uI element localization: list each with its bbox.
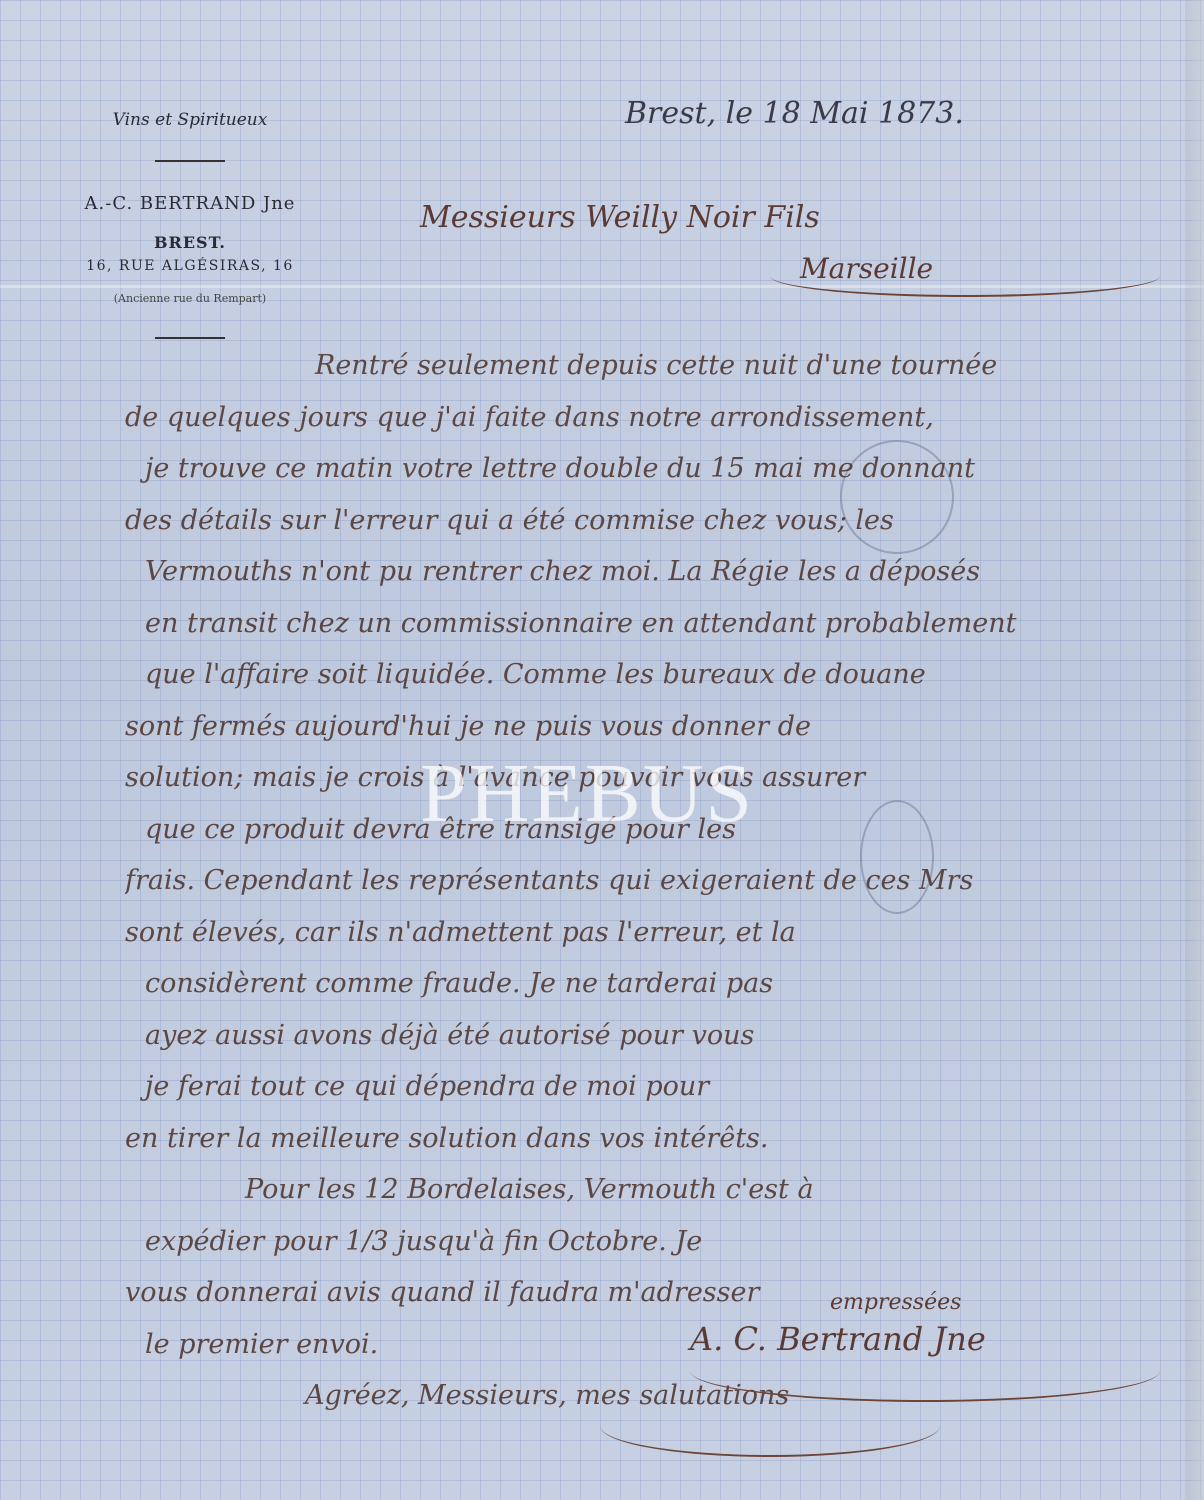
body-line: considèrent comme fraude. Je ne tarderai… [125,968,1185,1020]
paper-edge [1185,0,1204,1500]
body-line: Rentré seulement depuis cette nuit d'une… [125,350,1185,402]
signature-flourish [690,1340,1160,1402]
body-line: frais. Cependant les représentants qui e… [125,865,1185,917]
body-line: des détails sur l'erreur qui a été commi… [125,505,1185,557]
body-line: Vermouths n'ont pu rentrer chez moi. La … [125,556,1185,608]
letter-body: Rentré seulement depuis cette nuit d'une… [125,350,1185,1432]
body-line: sont élevés, car ils n'admettent pas l'e… [125,917,1185,969]
ornament-divider [40,337,340,339]
letterhead-firm-name: A.-C. BERTRAND Jne [40,193,340,214]
letterhead-tagline: Vins et Spiritueux [40,110,340,130]
body-line: en tirer la meilleure solution dans vos … [125,1123,1185,1175]
body-line: expédier pour 1/3 jusqu'à fin Octobre. J… [125,1226,1185,1278]
complimentary-close: empressées [830,1290,961,1315]
date-line: Brest, le 18 Mai 1873. [625,96,964,131]
address-flourish [770,255,1160,297]
body-line: que l'affaire soit liquidée. Comme les b… [125,659,1185,711]
body-line: ayez aussi avons déjà été autorisé pour … [125,1020,1185,1072]
body-line: Pour les 12 Bordelaises, Vermouth c'est … [125,1174,1185,1226]
ornament-divider [40,160,340,162]
body-line: je ferai tout ce qui dépendra de moi pou… [125,1071,1185,1123]
body-line: de quelques jours que j'ai faite dans no… [125,402,1185,454]
body-line: je trouve ce matin votre lettre double d… [125,453,1185,505]
body-line: en transit chez un commissionnaire en at… [125,608,1185,660]
body-line: vous donnerai avis quand il faudra m'adr… [125,1277,1185,1329]
letterhead-former-street: (Ancienne rue du Rempart) [40,292,340,305]
letterhead-address: 16, RUE ALGÉSIRAS, 16 [40,258,340,274]
letter-page: Vins et Spiritueux A.-C. BERTRAND Jne BR… [0,0,1204,1500]
watermark: PHEBUS [420,745,754,842]
letterhead-city: BREST. [40,233,340,252]
recipient-name: Messieurs Weilly Noir Fils [420,200,820,235]
signature-underline [600,1395,940,1457]
